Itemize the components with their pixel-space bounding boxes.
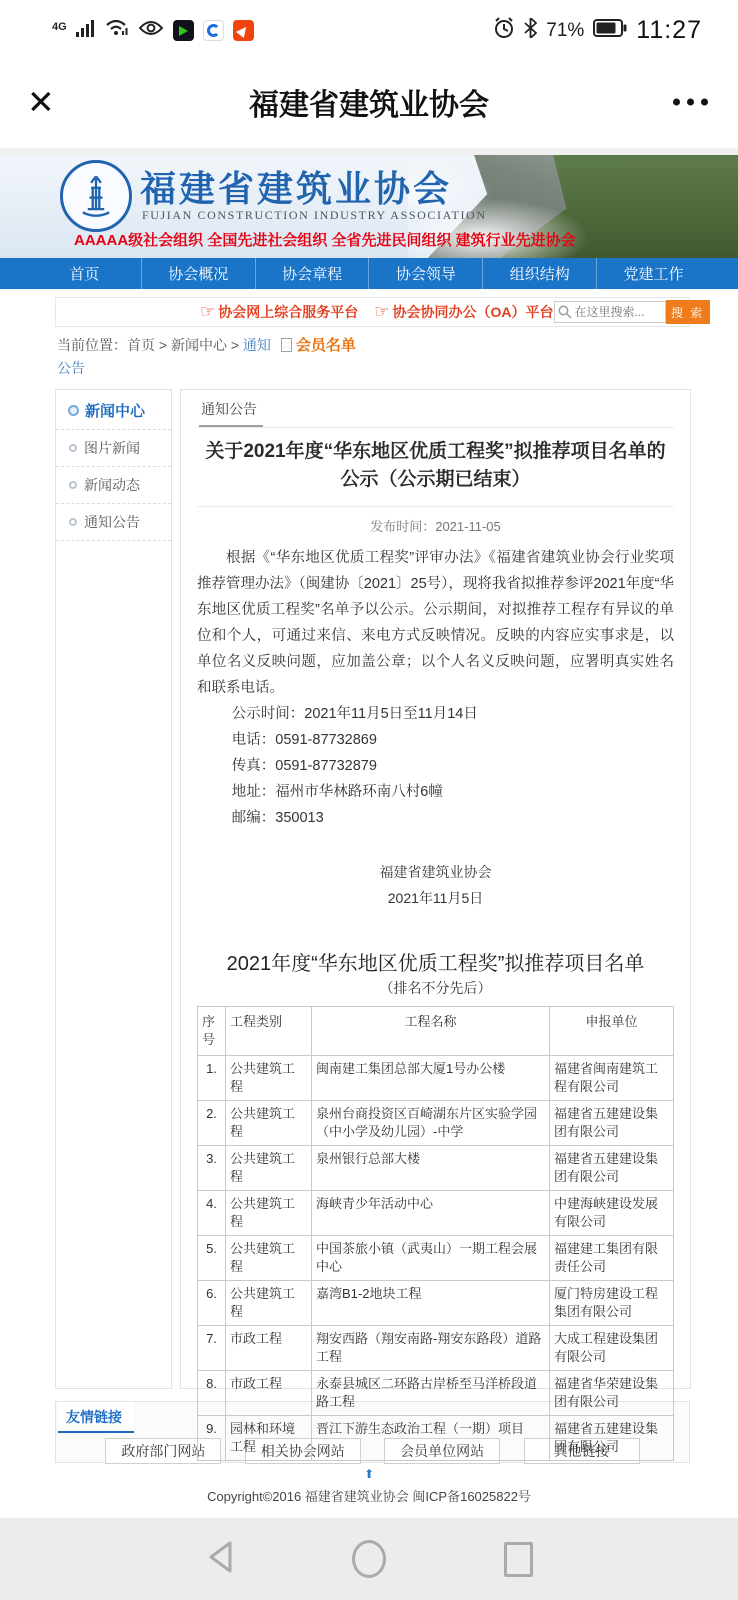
- nav-item-2[interactable]: 协会概况: [142, 258, 256, 289]
- bluetooth-icon: [524, 18, 537, 43]
- more-menu-icon[interactable]: [673, 98, 708, 105]
- site-name-english: FUJIAN CONSTRUCTION INDUSTRY ASSOCIATION: [142, 208, 487, 223]
- sidebar-item-3[interactable]: 通知公告: [56, 504, 171, 541]
- info-line-3: 传真：0591-87732879: [232, 753, 674, 779]
- nav-item-1[interactable]: 首页: [28, 258, 142, 289]
- table-cell: 公共建筑工程: [226, 1146, 312, 1191]
- info-line-4: 地址：福州市华林路环南八村6幢: [232, 779, 674, 805]
- table-cell: 公共建筑工程: [226, 1101, 312, 1146]
- banner-slogan: AAAAA级社会组织 全国先进社会组织 全省先进民间组织 建筑行业先进协会: [74, 229, 576, 250]
- table-cell: 公共建筑工程: [226, 1056, 312, 1101]
- home-button[interactable]: [352, 1540, 386, 1578]
- battery-percent-label: 71%: [546, 20, 584, 42]
- table-row: 1.公共建筑工程闽南建工集团总部大厦1号办公楼福建省闽南建筑工程有限公司: [198, 1056, 674, 1101]
- table-cell: 2.: [198, 1101, 226, 1146]
- android-nav-bar: [0, 1518, 738, 1600]
- clock-time: 11:27: [636, 16, 702, 45]
- table-cell: 公共建筑工程: [226, 1236, 312, 1281]
- article-title: 关于2021年度“华东地区优质工程奖”拟推荐项目名单的公示（公示期已结束）: [197, 438, 674, 507]
- hand-pointer-icon: ☞: [200, 302, 215, 322]
- table-cell: 市政工程: [226, 1371, 312, 1416]
- table-row: 8.市政工程永泰县城区二环路古岸桥至马洋桥段道路工程福建省华荣建设集团有限公司: [198, 1371, 674, 1416]
- table-row: 9.园林和环境工程晋江下游生态政治工程（一期）项目福建省五建建设集团有限公司: [198, 1416, 674, 1461]
- service-link-label: 协会网上综合服务平台: [218, 302, 358, 322]
- wifi-icon: [105, 19, 129, 42]
- table-cell: 6.: [198, 1281, 226, 1326]
- globe-icon: [68, 405, 79, 416]
- table-row: 5.公共建筑工程中国茶旅小镇（武夷山）一期工程会展中心福建建工集团有限责任公司: [198, 1236, 674, 1281]
- table-cell: 5.: [198, 1236, 226, 1281]
- table-cell: 福建省五建建设集团有限公司: [550, 1101, 674, 1146]
- member-list-link[interactable]: 会员名单: [296, 337, 356, 354]
- table-cell: 泉州台商投资区百崎湖东片区实验学园（中小学及幼儿园）-中学: [312, 1101, 550, 1146]
- table-cell: 中建海峡建设发展有限公司: [550, 1191, 674, 1236]
- service-bar: ☞协会网上综合服务平台☞协会协同办公（OA）平台 搜 索: [55, 297, 690, 327]
- network-type-label: 4G: [52, 21, 67, 33]
- news-app-icon: [233, 20, 254, 41]
- close-icon[interactable]: ✕: [27, 85, 55, 118]
- nav-item-3[interactable]: 协会章程: [256, 258, 370, 289]
- info-line-5: 邮编：350013: [232, 805, 674, 831]
- sidebar-item-label: 通知公告: [84, 512, 140, 532]
- table-cell: 泉州银行总部大楼: [312, 1146, 550, 1191]
- breadcrumb-link-notice-2[interactable]: 公告: [57, 360, 85, 376]
- table-cell: 4.: [198, 1191, 226, 1236]
- article-info-lines: 公示时间：2021年11月5日至11月14日电话：0591-87732869传真…: [197, 701, 674, 831]
- table-cell: 公共建筑工程: [226, 1191, 312, 1236]
- service-link-2[interactable]: ☞协会协同办公（OA）平台: [374, 302, 553, 322]
- table-cell: 公共建筑工程: [226, 1281, 312, 1326]
- site-name: 福建省建筑业协会: [140, 161, 452, 212]
- nav-menu: 首页协会概况协会章程协会领导组织结构党建工作: [0, 258, 738, 289]
- tencent-video-app-icon: [173, 20, 194, 41]
- recents-button[interactable]: [504, 1542, 533, 1577]
- status-bar: 4G 71% 11:27: [0, 0, 738, 55]
- nav-item-4[interactable]: 协会领导: [369, 258, 483, 289]
- bullet-icon: [69, 518, 77, 526]
- sidebar-item-news-center[interactable]: 新闻中心: [56, 390, 171, 430]
- table-row: 2.公共建筑工程泉州台商投资区百崎湖东片区实验学园（中小学及幼儿园）-中学福建省…: [198, 1101, 674, 1146]
- signature-date: 2021年11月5日: [197, 885, 674, 911]
- table-cell: 中国茶旅小镇（武夷山）一期工程会展中心: [312, 1236, 550, 1281]
- friendly-links-tab[interactable]: 友情链接: [58, 1402, 134, 1433]
- table-cell: 厦门特房建设工程集团有限公司: [550, 1281, 674, 1326]
- battery-icon: [593, 19, 627, 42]
- table-cell: 翔安西路（翔安南路-翔安东路段）道路工程: [312, 1326, 550, 1371]
- table-cell: 福建建工集团有限责任公司: [550, 1236, 674, 1281]
- table-row: 6.公共建筑工程嘉湾B1-2地块工程厦门特房建设工程集团有限公司: [198, 1281, 674, 1326]
- breadcrumb: 当前位置：首页 > 新闻中心 > 通知会员名单 公告: [57, 334, 667, 379]
- bullet-icon: [69, 481, 77, 489]
- nav-item-6[interactable]: 党建工作: [597, 258, 710, 289]
- webview-title-bar: ✕ 福建省建筑业协会: [0, 55, 738, 148]
- eye-protection-icon: [138, 19, 164, 42]
- sidebar-item-1[interactable]: 图片新闻: [56, 430, 171, 467]
- table-cell: 7.: [198, 1326, 226, 1371]
- breadcrumb-prefix: 当前位置：首页 > 新闻中心 >: [57, 337, 243, 353]
- table-header-cell: 序号: [198, 1007, 226, 1056]
- hand-pointer-icon: ☞: [374, 302, 389, 322]
- service-link-label: 协会协同办公（OA）平台: [393, 302, 554, 322]
- article-panel: 通知公告 关于2021年度“华东地区优质工程奖”拟推荐项目名单的公示（公示期已结…: [180, 389, 691, 1389]
- signal-bars-icon: [76, 20, 96, 42]
- table-cell: 大成工程建设集团有限公司: [550, 1326, 674, 1371]
- table-row: 4.公共建筑工程海峡青少年活动中心中建海峡建设发展有限公司: [198, 1191, 674, 1236]
- sidebar: 新闻中心 图片新闻新闻动态通知公告: [55, 389, 172, 1389]
- table-row: 3.公共建筑工程泉州银行总部大楼福建省五建建设集团有限公司: [198, 1146, 674, 1191]
- content-area: 新闻中心 图片新闻新闻动态通知公告 通知公告 关于2021年度“华东地区优质工程…: [0, 389, 738, 1389]
- back-button[interactable]: [206, 1540, 234, 1579]
- divider-strip: [0, 148, 738, 155]
- project-list-title: 2021年度“华东地区优质工程奖”拟推荐项目名单: [197, 947, 674, 976]
- table-cell: 福建省五建建设集团有限公司: [550, 1146, 674, 1191]
- back-to-top-icon[interactable]: ⬆: [0, 1468, 738, 1480]
- signature-block: 福建省建筑业协会 2021年11月5日: [197, 859, 674, 911]
- table-cell: 永泰县城区二环路古岸桥至马洋桥段道路工程: [312, 1371, 550, 1416]
- article-paragraph: 根据《“华东地区优质工程奖”评审办法》《福建省建筑业协会行业奖项推荐管理办法》（…: [197, 545, 674, 701]
- sidebar-item-2[interactable]: 新闻动态: [56, 467, 171, 504]
- document-icon: [281, 338, 292, 352]
- browser-app-icon: [203, 20, 224, 41]
- tab-notice[interactable]: 通知公告: [199, 397, 263, 427]
- publish-date: 发布时间：2021-11-05: [197, 516, 674, 535]
- association-logo: [60, 160, 132, 232]
- table-cell: 市政工程: [226, 1326, 312, 1371]
- table-cell: 福建省华荣建设集团有限公司: [550, 1371, 674, 1416]
- article-tab-row: 通知公告: [197, 390, 674, 428]
- table-cell: 福建省闽南建筑工程有限公司: [550, 1056, 674, 1101]
- table-cell: 福建省五建建设集团有限公司: [550, 1416, 674, 1461]
- page-title: 福建省建筑业协会: [0, 80, 738, 124]
- sidebar-item-label: 图片新闻: [84, 438, 140, 458]
- project-list-subtitle: （排名不分先后）: [197, 978, 674, 998]
- sidebar-item-label: 新闻动态: [84, 475, 140, 495]
- sidebar-items: 图片新闻新闻动态通知公告: [56, 430, 171, 541]
- project-table: 序号工程类别工程名称申报单位 1.公共建筑工程闽南建工集团总部大厦1号办公楼福建…: [197, 1006, 674, 1461]
- table-cell: 园林和环境工程: [226, 1416, 312, 1461]
- table-cell: 3.: [198, 1146, 226, 1191]
- nav-item-5[interactable]: 组织结构: [483, 258, 597, 289]
- table-cell: 海峡青少年活动中心: [312, 1191, 550, 1236]
- search-button[interactable]: 搜 索: [666, 300, 710, 324]
- service-links: ☞协会网上综合服务平台☞协会协同办公（OA）平台: [200, 302, 554, 322]
- table-cell: 1.: [198, 1056, 226, 1101]
- table-cell: 8.: [198, 1371, 226, 1416]
- bullet-icon: [69, 444, 77, 452]
- table-cell: 晋江下游生态政治工程（一期）项目: [312, 1416, 550, 1461]
- table-row: 7.市政工程翔安西路（翔安南路-翔安东路段）道路工程大成工程建设集团有限公司: [198, 1326, 674, 1371]
- alarm-clock-icon: [493, 17, 515, 44]
- table-header-cell: 申报单位: [550, 1007, 674, 1056]
- copyright-line: Copyright©2016 福建省建筑业协会 闽ICP备16025822号: [0, 1486, 738, 1505]
- table-header-cell: 工程类别: [226, 1007, 312, 1056]
- table-header-cell: 工程名称: [312, 1007, 550, 1056]
- table-cell: 嘉湾B1-2地块工程: [312, 1281, 550, 1326]
- info-line-1: 公示时间：2021年11月5日至11月14日: [232, 701, 674, 727]
- signature-org: 福建省建筑业协会: [197, 859, 674, 885]
- info-line-2: 电话：0591-87732869: [232, 727, 674, 753]
- breadcrumb-link-notice[interactable]: 通知: [243, 337, 271, 353]
- site-banner: 福建省建筑业协会 FUJIAN CONSTRUCTION INDUSTRY AS…: [0, 155, 738, 258]
- table-cell: 闽南建工集团总部大厦1号办公楼: [312, 1056, 550, 1101]
- service-link-1[interactable]: ☞协会网上综合服务平台: [200, 302, 358, 322]
- table-cell: 9.: [198, 1416, 226, 1461]
- table-header-row: 序号工程类别工程名称申报单位: [198, 1007, 674, 1056]
